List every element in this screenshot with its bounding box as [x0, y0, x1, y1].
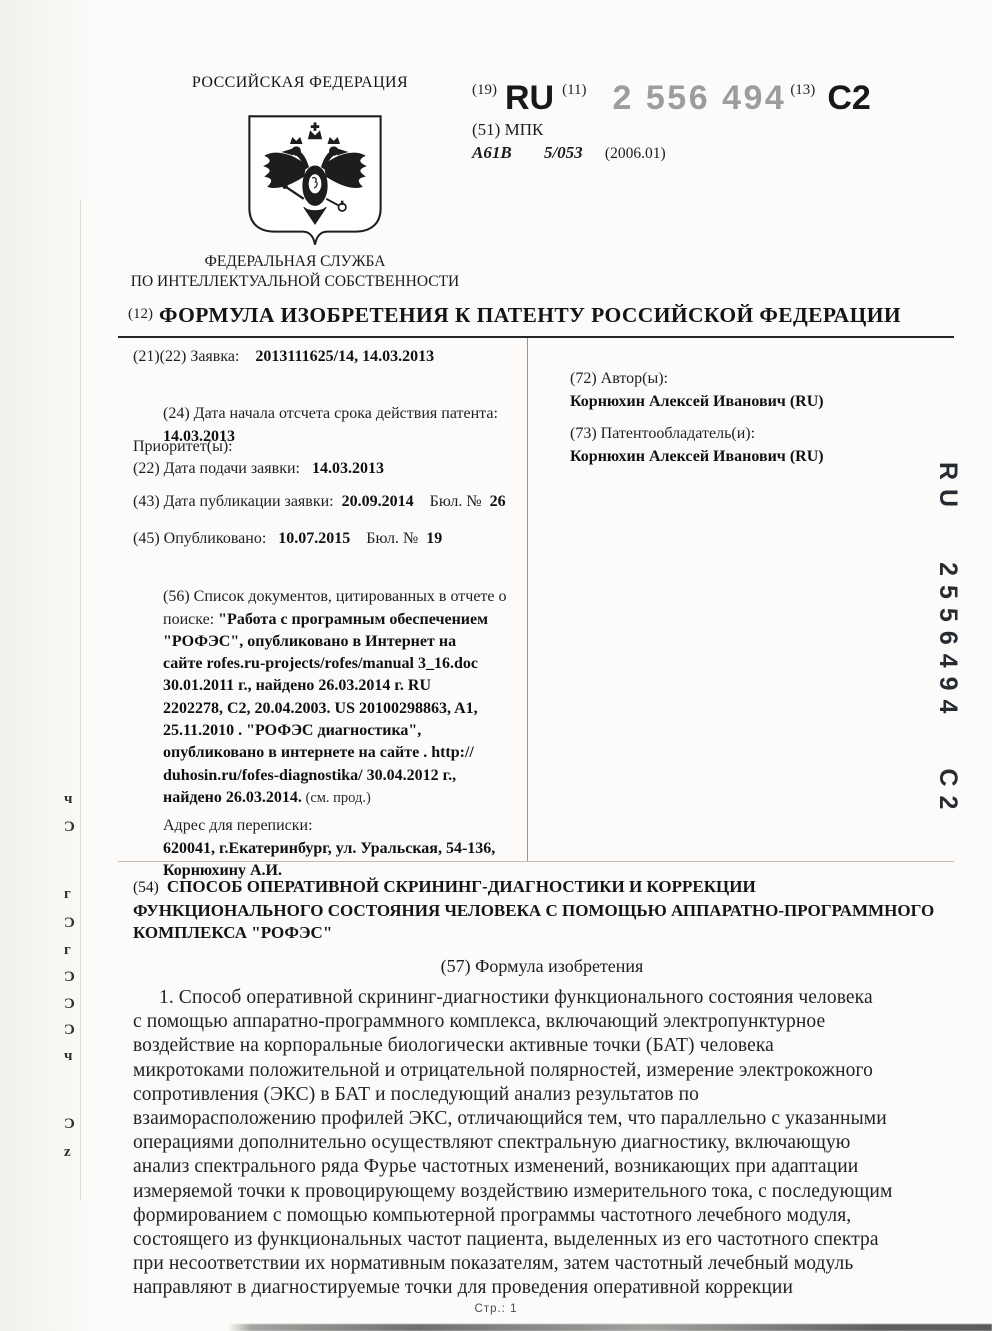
formula-heading: (57) Формула изобретения: [133, 956, 951, 977]
filing-date-label: (22) Дата подачи заявки:: [133, 460, 300, 477]
published-date: 10.07.2015: [278, 530, 350, 547]
scan-artifact-glyph: z: [64, 1144, 71, 1161]
page-number: Стр.: 1: [0, 1303, 992, 1315]
invention-title-text: СПОСОБ ОПЕРАТИВНОЙ СКРИНИНГ-ДИАГНОСТИКИ …: [133, 877, 934, 942]
scan-artifact-glyph: Ɔ: [64, 996, 75, 1013]
scan-artifact-glyph: Ɔ: [64, 1022, 75, 1039]
application-publication-field: (43) Дата публикации заявки: 20.09.2014 …: [133, 491, 527, 513]
app-publication-date: 20.09.2014: [342, 493, 414, 510]
holders-label: (73) Патентообладатель(и):: [570, 425, 755, 442]
app-publication-bulletin-label: Бюл. №: [430, 493, 482, 510]
address-label: Адрес для переписки:: [163, 817, 313, 834]
published-field: (45) Опубликовано: 10.07.2015 Бюл. № 19: [133, 528, 527, 550]
published-bulletin-number: 19: [426, 530, 442, 547]
ipc-label: (51) МПК: [472, 120, 543, 140]
sidebar-country-code: RU: [933, 462, 962, 516]
code-13-label: (13): [790, 82, 815, 99]
correspondence-address-field: Адрес для переписки: 620041, г.Екатеринб…: [133, 793, 557, 882]
invention-title-section: (54)СПОСОБ ОПЕРАТИВНОЙ СКРИНИНГ-ДИАГНОСТ…: [133, 876, 951, 945]
scan-artifact-glyph: г: [64, 886, 71, 903]
country-code: RU: [505, 80, 554, 116]
sidebar-publication-reference: RU 2556494 C2: [933, 462, 962, 862]
published-label: (45) Опубликовано:: [133, 530, 266, 547]
scan-artifact-glyph: ч: [64, 791, 72, 808]
holders-value: Корнюхин Алексей Иванович (RU): [570, 448, 824, 465]
document-type-title: (12) ФОРМУЛА ИЗОБРЕТЕНИЯ К ПАТЕНТУ РОССИ…: [128, 303, 968, 328]
scan-artifact-glyph: Ɔ: [64, 915, 75, 932]
code-19-label: (19): [472, 82, 497, 99]
scan-artifact-glyph: г: [64, 942, 71, 959]
filing-date-value: 14.03.2013: [312, 460, 384, 477]
scan-artifact-glyph: Ɔ: [64, 819, 75, 836]
scan-artifact-glyph: ч: [64, 1048, 72, 1065]
scan-edge-line: [80, 200, 81, 1200]
app-publication-bulletin-number: 26: [490, 493, 506, 510]
double-headed-eagle-icon: [240, 106, 390, 256]
scan-artifact-glyph: Ɔ: [64, 1116, 75, 1133]
office-name: ФЕДЕРАЛЬНАЯ СЛУЖБА ПО ИНТЕЛЛЕКТУАЛЬНОЙ С…: [105, 252, 485, 292]
priority-label: Приоритет(ы):: [133, 436, 527, 458]
patent-document-page: { "header": { "country": "РОССИЙСКАЯ ФЕД…: [0, 0, 992, 1331]
code-54-label: (54): [133, 879, 159, 896]
publication-codes: (19) RU (11) 2 556 494 (13) C2: [472, 80, 871, 116]
scan-bottom-edge: [228, 1324, 992, 1331]
application-field: (21)(22) Заявка: 2013111625/14, 14.03.20…: [133, 346, 527, 368]
header-rule: [118, 336, 954, 338]
ipc-class: A61B: [472, 143, 512, 162]
formula-claim-text: 1. Способ оперативной скрининг-диагности…: [133, 986, 953, 1301]
sidebar-kind-code: C2: [933, 768, 962, 818]
country-name: РОССИЙСКАЯ ФЕДЕРАЦИЯ: [150, 74, 450, 92]
authors-label: (72) Автор(ы):: [570, 370, 668, 387]
sidebar-number: 2556494: [933, 562, 962, 722]
address-value: 620041, г.Екатеринбург, ул. Уральская, 5…: [163, 840, 495, 879]
citations-field: (56) Список документов, цитированных в о…: [133, 564, 557, 809]
code-11-label: (11): [562, 82, 586, 99]
application-value: 2013111625/14, 14.03.2013: [255, 348, 434, 365]
document-type-text: ФОРМУЛА ИЗОБРЕТЕНИЯ К ПАТЕНТУ РОССИЙСКОЙ…: [159, 303, 901, 327]
patent-holders-field: (73) Патентообладатель(и): Корнюхин Алек…: [540, 401, 970, 468]
publication-number: 2 556 494: [613, 80, 787, 116]
citations-body: "Работа с програмным обеспечением "РОФЭС…: [163, 611, 488, 806]
kind-code: C2: [827, 80, 870, 116]
application-label: (21)(22) Заявка:: [133, 348, 239, 365]
term-start-label: (24) Дата начала отсчета срока действия …: [163, 405, 498, 422]
code-12-label: (12): [128, 306, 153, 322]
filing-date-field: (22) Дата подачи заявки: 14.03.2013: [133, 458, 527, 480]
ipc-subclass: 5/053: [544, 143, 583, 162]
ipc-version: (2006.01): [605, 145, 666, 162]
coat-of-arms-emblem: [240, 106, 390, 261]
scan-artifact-glyph: Ɔ: [64, 969, 75, 986]
published-bulletin-label: Бюл. №: [366, 530, 418, 547]
ipc-classification: A61B 5/053 (2006.01): [472, 143, 666, 163]
app-publication-label: (43) Дата публикации заявки:: [133, 493, 334, 510]
